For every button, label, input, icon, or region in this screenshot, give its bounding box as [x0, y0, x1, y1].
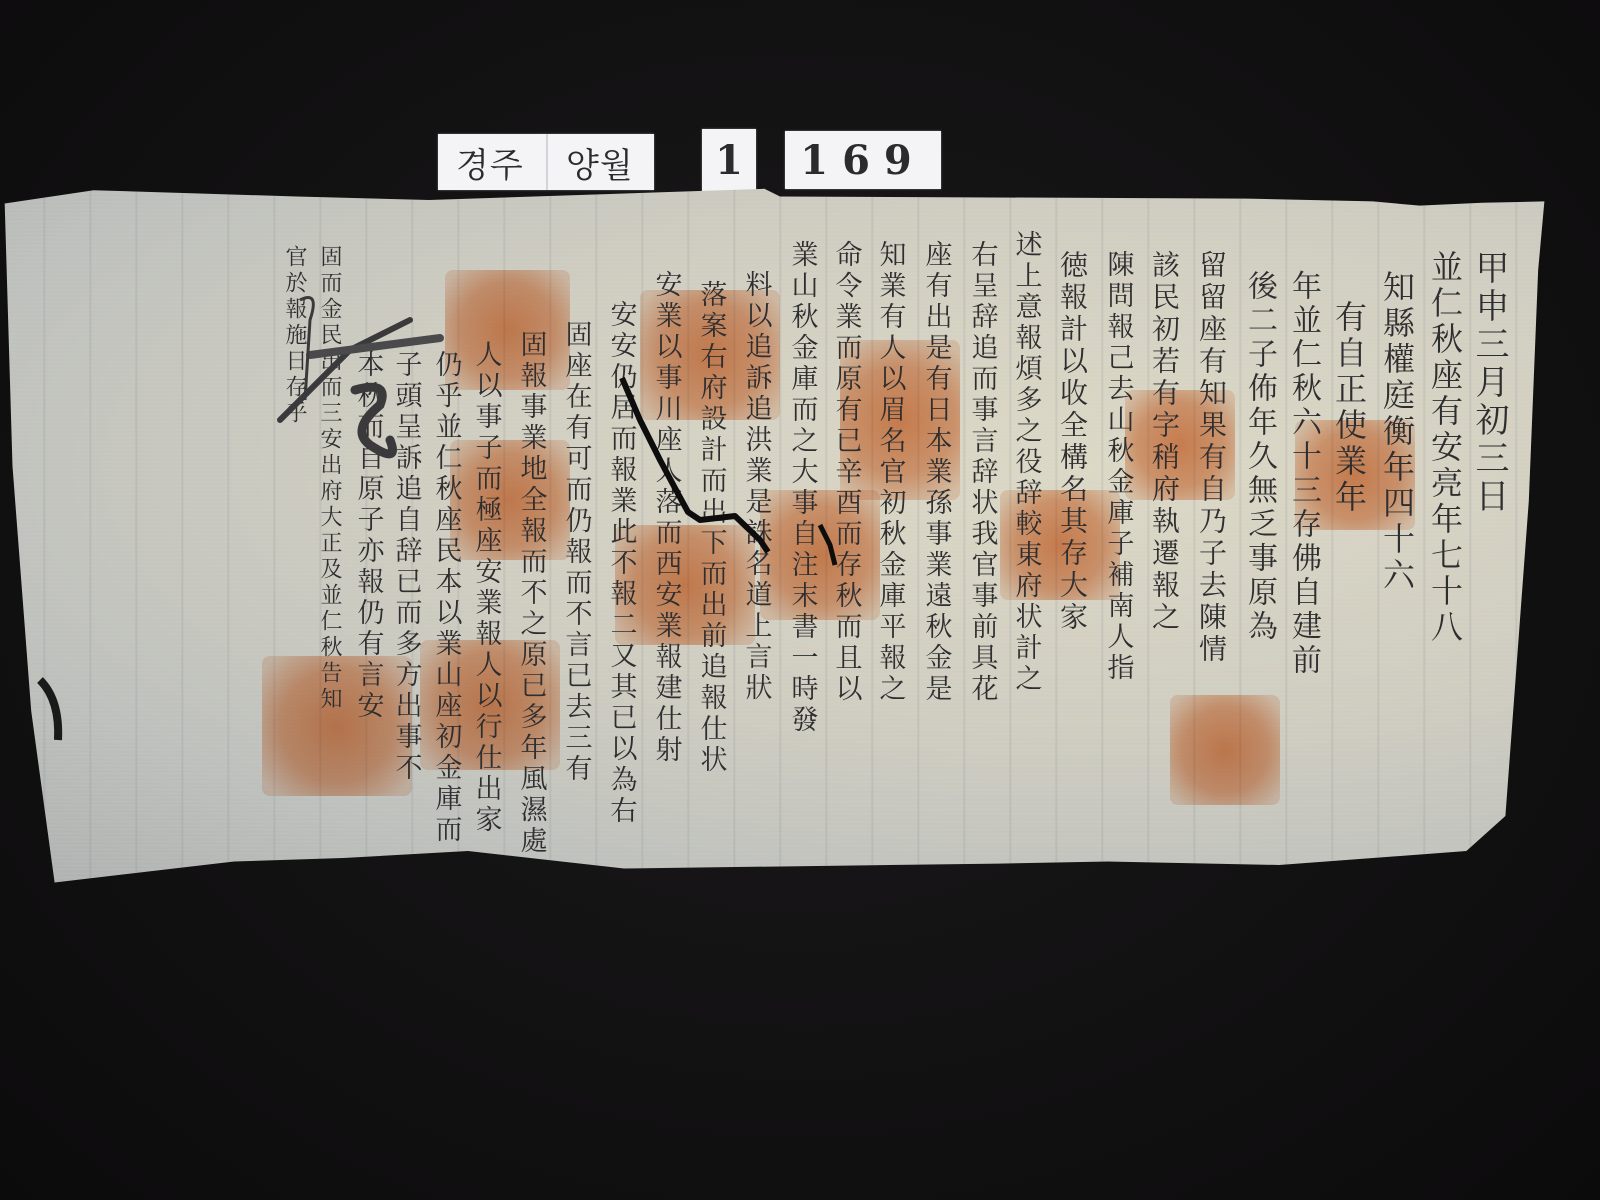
- location-label-part1: 경주: [456, 138, 524, 187]
- calligraphy-column: 命令業而原有已辛酉而存秋而且以: [827, 240, 866, 705]
- item-number-label: 169: [785, 131, 941, 189]
- red-seal-stamp: [1170, 695, 1280, 805]
- calligraphy-column: 知縣權庭衡年四十六: [1374, 270, 1420, 594]
- calligraphy-column: 人以事子而極座安業報人以行仕出家: [467, 340, 506, 836]
- calligraphy-column: 該民初若有字稍府執遷報之: [1144, 250, 1184, 634]
- calligraphy-column: 並仁秋座有安亮年七十八: [1422, 250, 1468, 646]
- calligraphy-column: 後二子佈年久無乏事原為: [1237, 270, 1281, 644]
- volume-label: 1: [702, 129, 756, 191]
- volume-number: 1: [715, 137, 743, 184]
- item-number: 169: [800, 137, 926, 184]
- calligraphy-column: 徳報計以收全構名其存大家: [1052, 250, 1092, 634]
- calligraphy-column: 座有出是有日本業孫事業遠秋金是: [917, 240, 956, 705]
- calligraphy-column: 甲申三月初三日: [1465, 250, 1514, 516]
- calligraphy-column: 業山秋金庫而之大事自注末書一時發: [783, 240, 822, 736]
- label-divider: [546, 134, 548, 190]
- location-label-part2: 양월: [566, 138, 634, 187]
- calligraphy-column: 知業有人以眉名官初秋金庫平報之: [871, 240, 910, 705]
- calligraphy-column: 落案右府設計而出下而出前追報仕状: [692, 280, 731, 776]
- calligraphy-column: 固報事業地全報而不之原已多年風濕處: [512, 330, 551, 857]
- signature-mark-icon: [270, 280, 450, 480]
- calligraphy-column: 安業以事川座人落而西安業報建仕射: [647, 270, 686, 766]
- calligraphy-column: 安安仍居而報業此不報二又其已以為右: [602, 300, 641, 827]
- calligraphy-column: 述上意報煩多之役辞較東府状計之: [1007, 230, 1046, 695]
- calligraphy-column: 料以追訴追洪業是誅名道上言狀: [737, 270, 776, 704]
- calligraphy-column: 固座在有可而仍報而不言已去三有: [557, 320, 596, 785]
- calligraphy-column: 右呈辞追而事言辞状我官事前具花: [963, 240, 1002, 705]
- calligraphy-column: 有自正使業年: [1326, 300, 1372, 516]
- calligraphy-column: 年並仁秋六十三存佛自建前: [1281, 270, 1325, 678]
- calligraphy-column: 陳問報己去山秋金庫子補南人指: [1099, 250, 1138, 684]
- calligraphy-column: 留留座有知果有自乃子去陳情: [1191, 250, 1231, 666]
- location-label: 경주 양월: [438, 134, 654, 190]
